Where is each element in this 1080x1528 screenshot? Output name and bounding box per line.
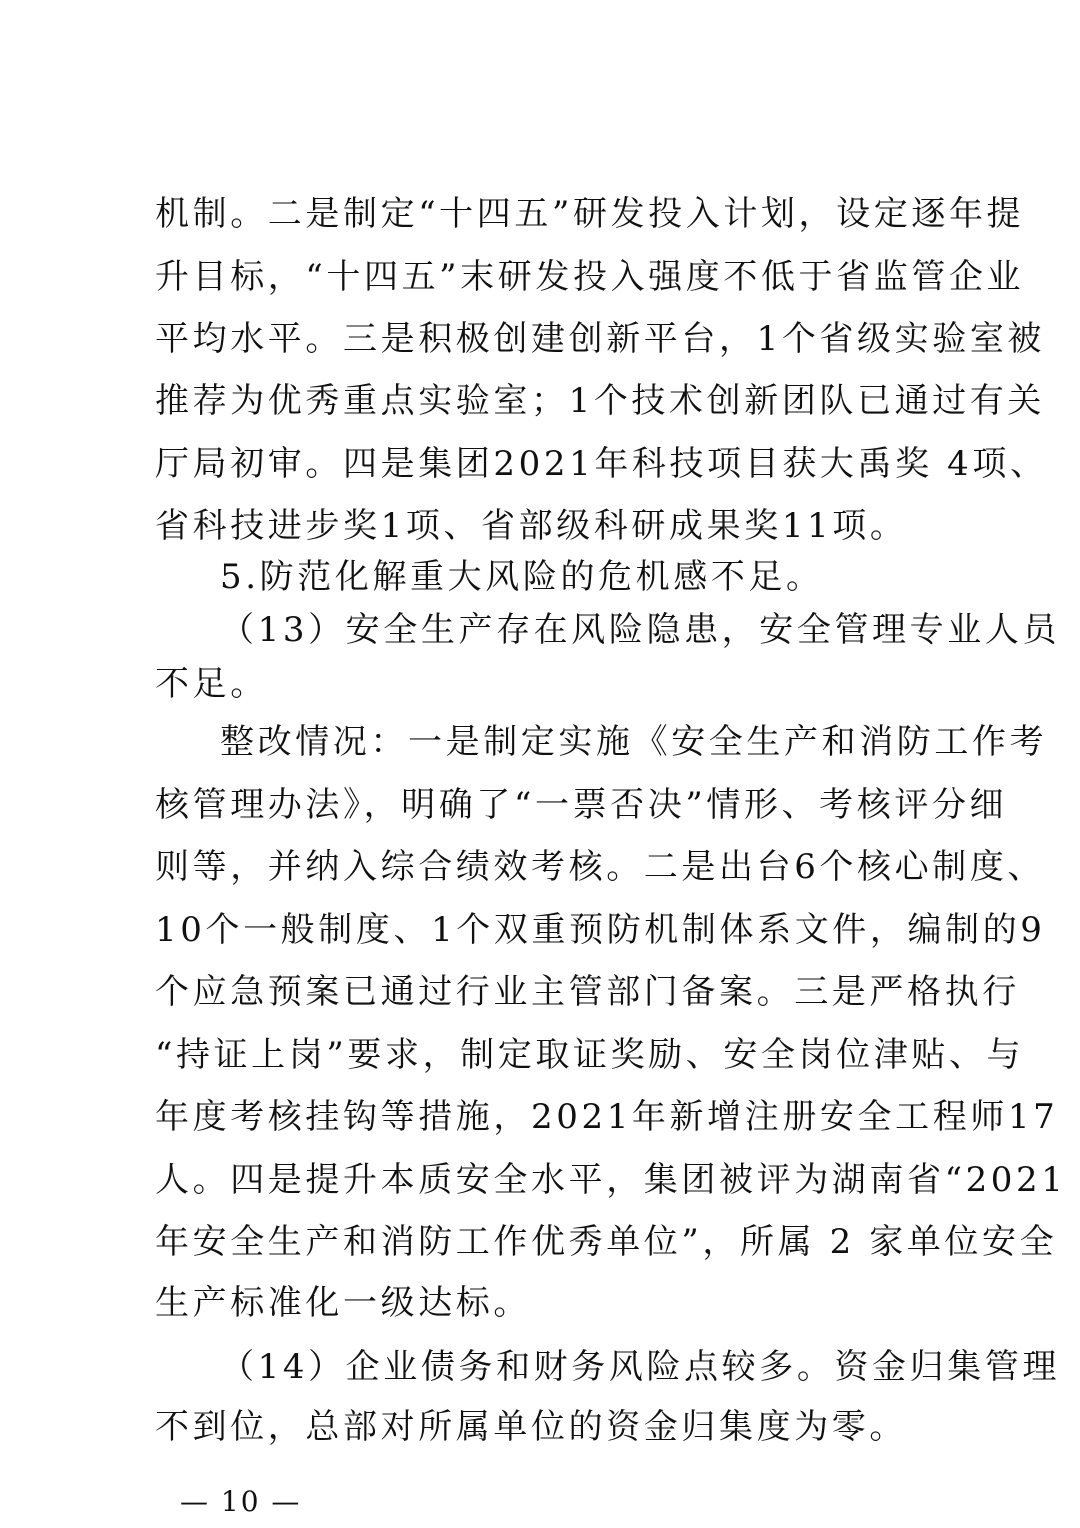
rectification-paragraph-start: 整改情况：一是制定实施《安全生产和消防工作考: [220, 718, 925, 766]
text-line: 推荐为优秀重点实验室；1个技术创新团队已通过有关: [155, 377, 925, 425]
text-line: 则等，并纳入综合绩效考核。二是出台6个核心制度、: [155, 843, 925, 891]
text-line: 不足。: [155, 660, 925, 708]
issue-heading-13: （13）安全生产存在风险隐患，安全管理专业人员: [220, 606, 925, 654]
text-line: “持证上岗”要求，制定取证奖励、安全岗位津贴、与: [155, 1031, 925, 1079]
text-line: 省科技进步奖1项、省部级科研成果奖11项。: [155, 502, 925, 550]
page-number: — 10 —: [180, 1484, 301, 1520]
text-line: 人。四是提升本质安全水平，集团被评为湖南省“2021: [155, 1156, 925, 1204]
text-line: 机制。二是制定“十四五”研发投入计划，设定逐年提: [155, 190, 925, 238]
text-line: 个应急预案已通过行业主管部门备案。三是严格执行: [155, 968, 925, 1016]
text-line: 核管理办法》，明确了“一票否决”情形、考核评分细: [155, 781, 925, 829]
document-page: 机制。二是制定“十四五”研发投入计划，设定逐年提 升目标，“十四五”末研发投入强…: [0, 0, 1080, 1528]
issue-heading-14: （14）企业债务和财务风险点较多。资金归集管理: [220, 1343, 925, 1391]
text-line: 升目标，“十四五”末研发投入强度不低于省监管企业: [155, 253, 925, 301]
text-line: 生产标准化一级达标。: [155, 1279, 925, 1327]
text-line: 平均水平。三是积极创建创新平台，1个省级实验室被: [155, 315, 925, 363]
text-line: 10个一般制度、1个双重预防机制体系文件，编制的9: [155, 906, 925, 954]
text-line: 年度考核挂钩等措施，2021年新增注册安全工程师17: [155, 1093, 925, 1141]
text-line: 年安全生产和消防工作优秀单位”，所属 2 家单位安全: [155, 1218, 925, 1266]
section-heading: 5.防范化解重大风险的危机感不足。: [220, 553, 925, 601]
text-line: 厅局初审。四是集团2021年科技项目获大禹奖 4项、: [155, 440, 925, 488]
text-line: 不到位，总部对所属单位的资金归集度为零。: [155, 1403, 925, 1451]
